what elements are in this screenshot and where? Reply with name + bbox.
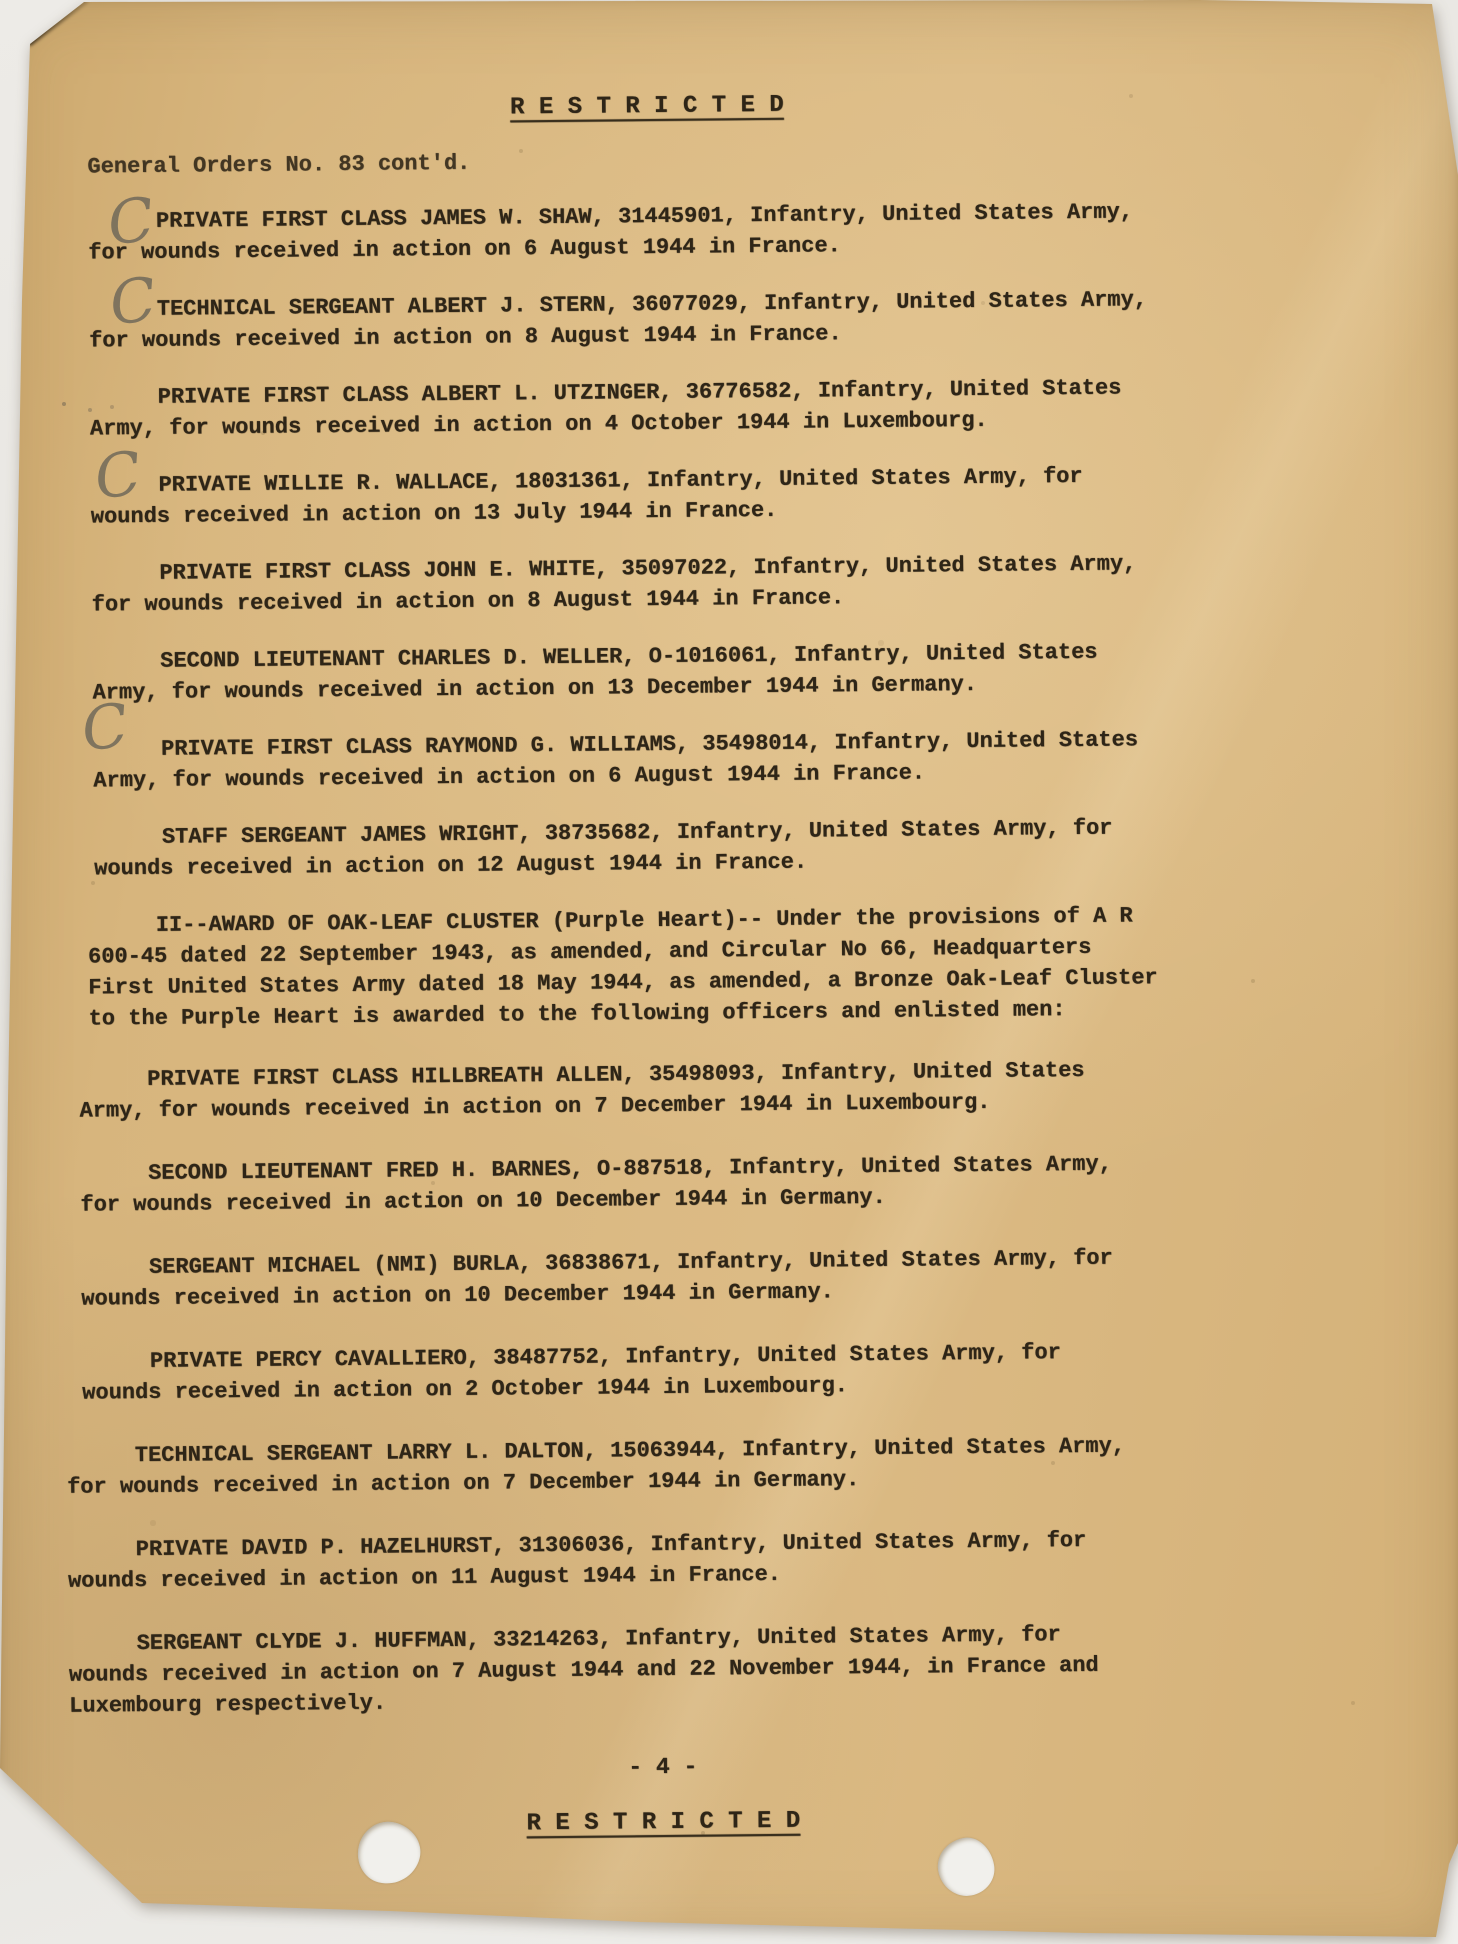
award-entry-stern: TECHNICAL SERGEANT ALBERT J. STERN, 3607… (89, 284, 1210, 357)
award-entry-williams: PRIVATE FIRST CLASS RAYMOND G. WILLIAMS,… (93, 724, 1214, 797)
pencil-mark-c: C (92, 443, 145, 508)
scan-background: R E S T R I C T E D General Orders No. 8… (0, 0, 1458, 1944)
pencil-mark-c: C (107, 269, 160, 334)
award-entry-weller: SECOND LIEUTENANT CHARLES D. WELLER, O-1… (92, 636, 1213, 709)
classification-header: R E S T R I C T E D (87, 85, 1207, 130)
award-entry-huffman: SERGEANT CLYDE J. HUFFMAN, 33214263, Inf… (69, 1618, 1190, 1722)
award-entry-barnes: SECOND LIEUTENANT FRED H. BARNES, O-8875… (80, 1148, 1201, 1221)
punch-hole (933, 1834, 998, 1901)
award-entry-white: PRIVATE FIRST CLASS JOHN E. WHITE, 35097… (91, 548, 1212, 621)
award-entry-burla: SERGEANT MICHAEL (NMI) BURLA, 36838671, … (81, 1242, 1202, 1315)
pencil-mark-c: C (79, 695, 132, 760)
award-entry-hazelhurst: PRIVATE DAVID P. HAZELHURST, 31306036, I… (68, 1524, 1189, 1597)
award-entry-cavalliero: PRIVATE PERCY CAVALLIERO, 38487752, Infa… (82, 1336, 1203, 1409)
document-page: R E S T R I C T E D General Orders No. 8… (0, 0, 1458, 1944)
orders-continuation-line: General Orders No. 83 cont'd. (87, 138, 1450, 182)
award-entry-allen: PRIVATE FIRST CLASS HILLBREATH ALLEN, 35… (79, 1054, 1200, 1127)
award-entry-wright: STAFF SERGEANT JAMES WRIGHT, 38735682, I… (94, 812, 1215, 885)
paper-speckles (0, 0, 2, 2)
section-ii-paragraph: II--AWARD OF OAK-LEAF CLUSTER (Purple He… (88, 900, 1209, 1035)
award-entry-wallace: PRIVATE WILLIE R. WALLACE, 18031361, Inf… (90, 460, 1211, 533)
document-content: R E S T R I C T E D General Orders No. 8… (0, 0, 1458, 1846)
page-number: - 4 - (103, 1749, 1223, 1786)
classification-footer: R E S T R I C T E D (103, 1801, 1223, 1846)
award-entry-shaw: PRIVATE FIRST CLASS JAMES W. SHAW, 31445… (88, 196, 1209, 269)
award-entry-utzinger: PRIVATE FIRST CLASS ALBERT L. UTZINGER, … (90, 372, 1211, 445)
paper-wrap: R E S T R I C T E D General Orders No. 8… (0, 0, 1458, 1944)
pencil-dots (62, 402, 66, 406)
award-entry-dalton: TECHNICAL SERGEANT LARRY L. DALTON, 1506… (67, 1430, 1188, 1503)
pencil-mark-c: C (105, 189, 158, 254)
